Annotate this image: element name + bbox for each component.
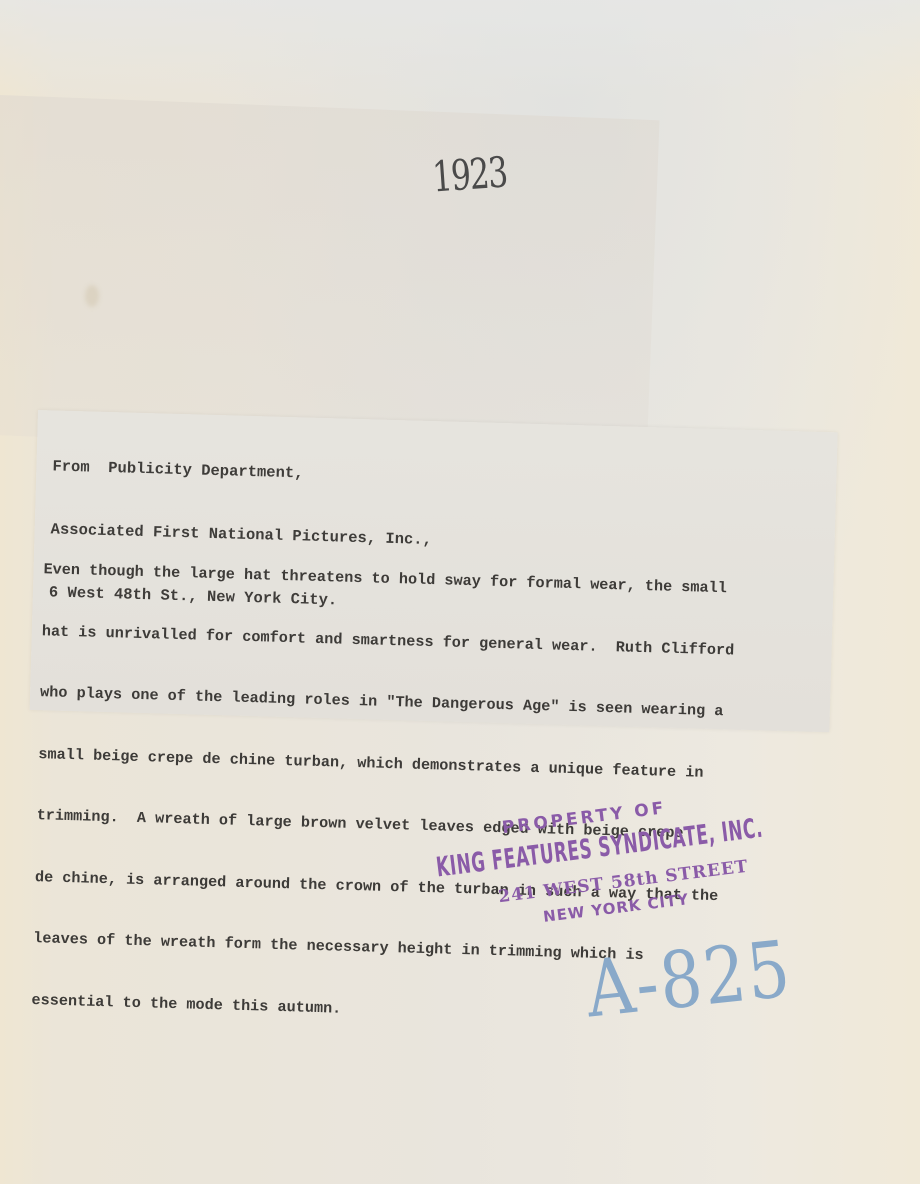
body-line: small beige crepe de chine turban, which… bbox=[38, 744, 731, 784]
handwritten-year: 1923 bbox=[431, 147, 508, 201]
header-line: From Publicity Department, bbox=[52, 456, 434, 488]
paper-stain bbox=[85, 285, 99, 307]
photo-print-shadow bbox=[0, 95, 660, 460]
body-line: hat is unrivalled for comfort and smartn… bbox=[42, 621, 735, 661]
typed-caption-slip: From Publicity Department, Associated Fi… bbox=[30, 410, 838, 732]
paper-shading bbox=[0, 0, 920, 100]
body-line: who plays one of the leading roles in "T… bbox=[40, 682, 733, 722]
body-line: Even though the large hat threatens to h… bbox=[43, 559, 736, 599]
